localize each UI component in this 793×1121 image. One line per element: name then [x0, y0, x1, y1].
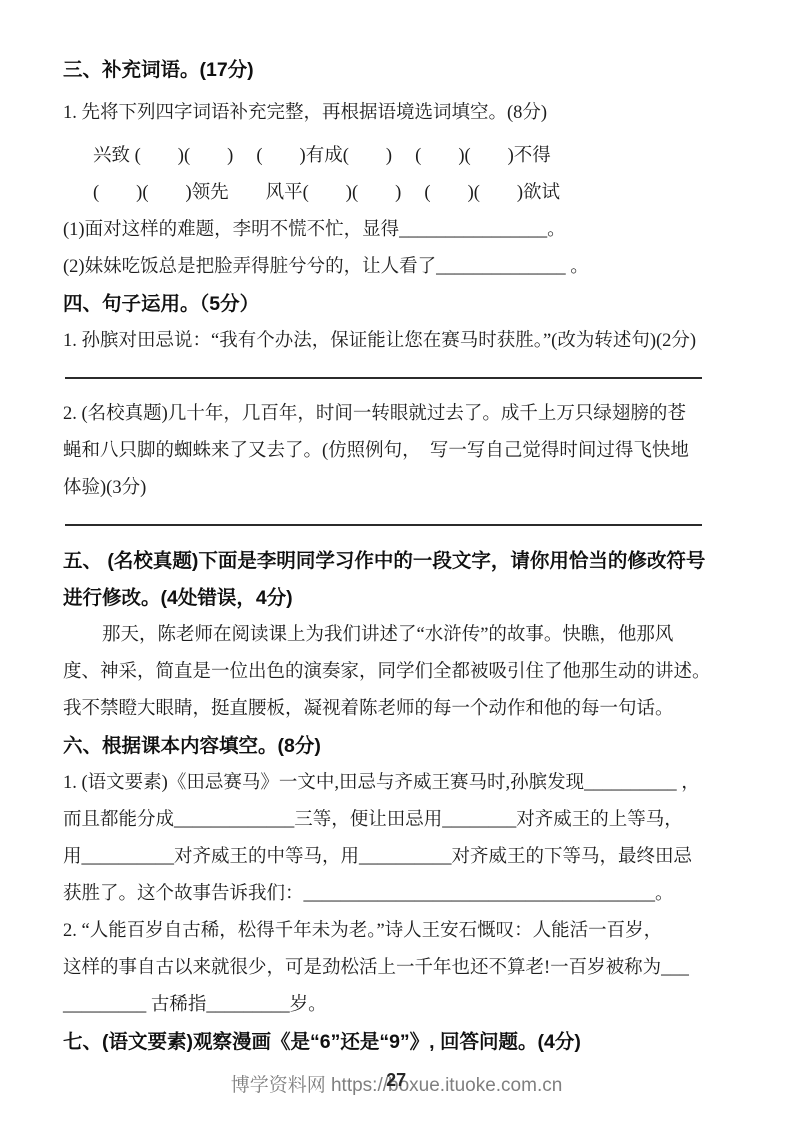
q4-2-line-1: 2. (名校真题)几十年，几百年，时间一转眼就过去了。成千上万只绿翅膀的苍 — [63, 396, 735, 433]
section-3-heading: 三、补充词语。(17分) — [63, 52, 735, 89]
q6-2-line-2: 这样的事自古以来就很少，可是劲松活上一千年也还不算老!一百岁被称为___ — [63, 950, 735, 987]
q6-2-line-1: 2. “人能百岁自古稀，松得千年未为老。”诗人王安石慨叹：人能活一百岁， — [63, 913, 735, 950]
passage-line-2: 度、神采，简直是一位出色的演奏家，同学们全都被吸引住了他那生动的讲述。 — [63, 654, 735, 691]
page-number: 27 — [386, 1070, 406, 1091]
answer-rule-2 — [65, 524, 702, 526]
section-6-heading: 六、根据课本内容填空。(8分) — [63, 728, 735, 765]
exam-paper-page: 三、补充词语。(17分) 1. 先将下列四字词语补充完整，再根据语境选词填空。(… — [0, 0, 793, 1121]
q3-1-instruction: 1. 先将下列四字词语补充完整，再根据语境选词填空。(8分) — [63, 95, 735, 132]
q6-1-line-3: 用__________对齐威王的中等马，用__________对齐威王的下等马，… — [63, 839, 735, 876]
page-footer: 博学资料网 https://boxue.ituoke.com.cn 27 — [0, 1066, 793, 1100]
idiom-row-1: 兴致 ( )( ) ( )有成( ) ( )( )不得 — [63, 138, 735, 175]
q6-2-line-3: _________ 古稀指_________岁。 — [63, 987, 735, 1024]
section-5-heading-line-1: 五、 (名校真题)下面是李明同学习作中的一段文字，请你用恰当的修改符号 — [63, 543, 735, 580]
passage-line-1: 那天，陈老师在阅读课上为我们讲述了“水浒传”的故事。快瞧，他那风 — [63, 617, 735, 654]
q4-1-sentence: 1. 孙膑对田忌说：“我有个办法，保证能让您在赛马时获胜。”(改为转述句)(2分… — [63, 323, 735, 360]
section-4-heading: 四、句子运用。（5分） — [63, 286, 735, 323]
section-5-heading-line-2: 进行修改。(4处错误，4分) — [63, 580, 735, 617]
answer-rule-1 — [65, 377, 702, 379]
q6-1-line-2: 而且都能分成_____________三等，便让田忌用________对齐威王的… — [63, 802, 735, 839]
passage-line-3: 我不禁瞪大眼睛，挺直腰板，凝视着陈老师的每一个动作和他的每一句话。 — [63, 691, 735, 728]
fill-blank-sentence-1: (1)面对这样的难题，李明不慌不忙，显得________________。 — [63, 212, 735, 249]
q4-2-line-2: 蝇和八只脚的蜘蛛来了又去了。(仿照例句， 写一写自己觉得时间过得飞快地 — [63, 433, 735, 470]
fill-blank-sentence-2: (2)妹妹吃饭总是把脸弄得脏兮兮的，让人看了______________ 。 — [63, 249, 735, 286]
q4-2-line-3: 体验)(3分) — [63, 470, 735, 507]
section-7-heading: 七、(语文要素)观察漫画《是“6”还是“9”》, 回答问题。(4分) — [63, 1024, 735, 1061]
exam-content: 三、补充词语。(17分) 1. 先将下列四字词语补充完整，再根据语境选词填空。(… — [0, 0, 793, 1061]
idiom-row-2: ( )( )领先 风平( )( ) ( )( )欲试 — [63, 175, 735, 212]
q6-1-line-1: 1. (语文要素)《田忌赛马》一文中,田忌与齐威王赛马时,孙膑发现_______… — [63, 765, 735, 802]
q6-1-line-4: 获胜了。这个故事告诉我们：___________________________… — [63, 876, 735, 913]
